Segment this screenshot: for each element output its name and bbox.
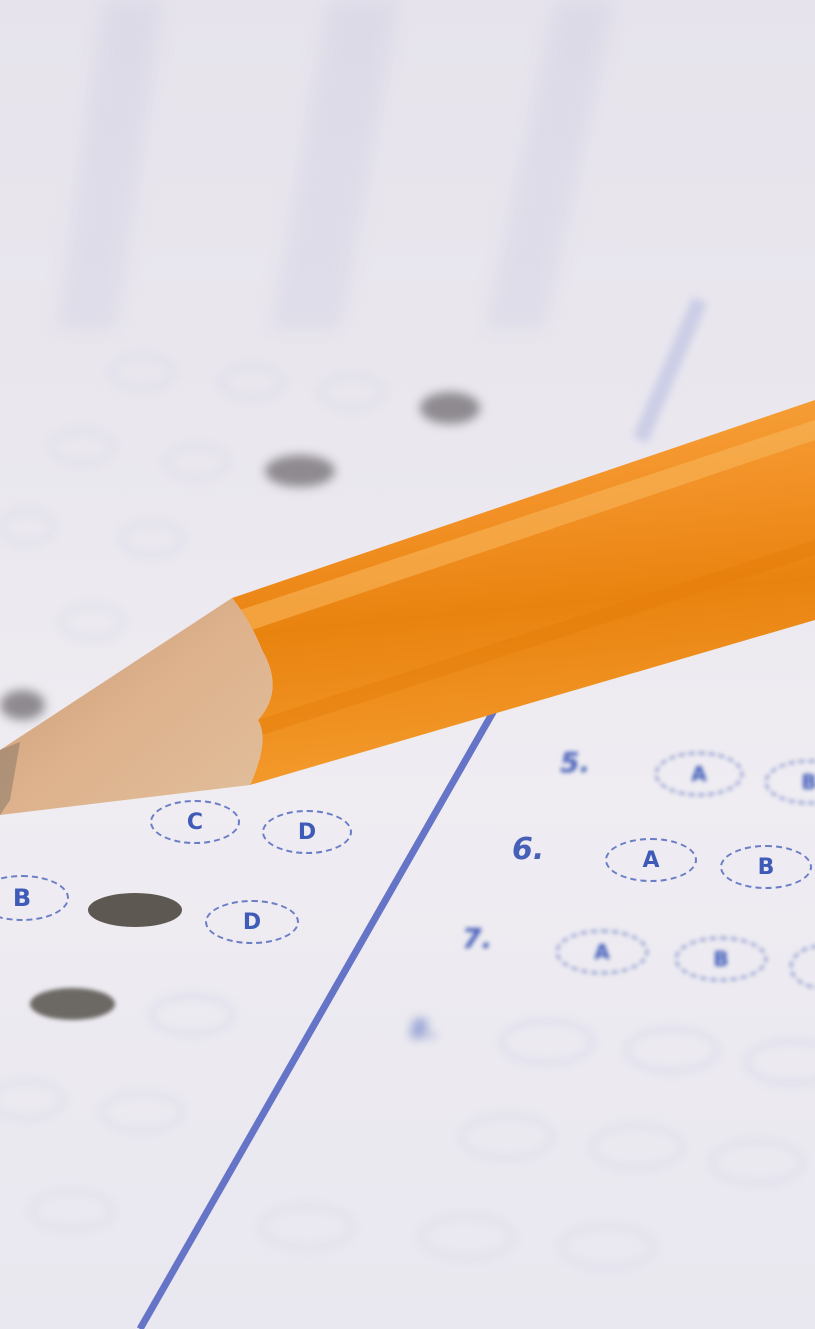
pencil — [0, 0, 815, 1329]
photo-scene: 5. A B 6. A B 7. A B C D B D 8. — [0, 0, 815, 1329]
